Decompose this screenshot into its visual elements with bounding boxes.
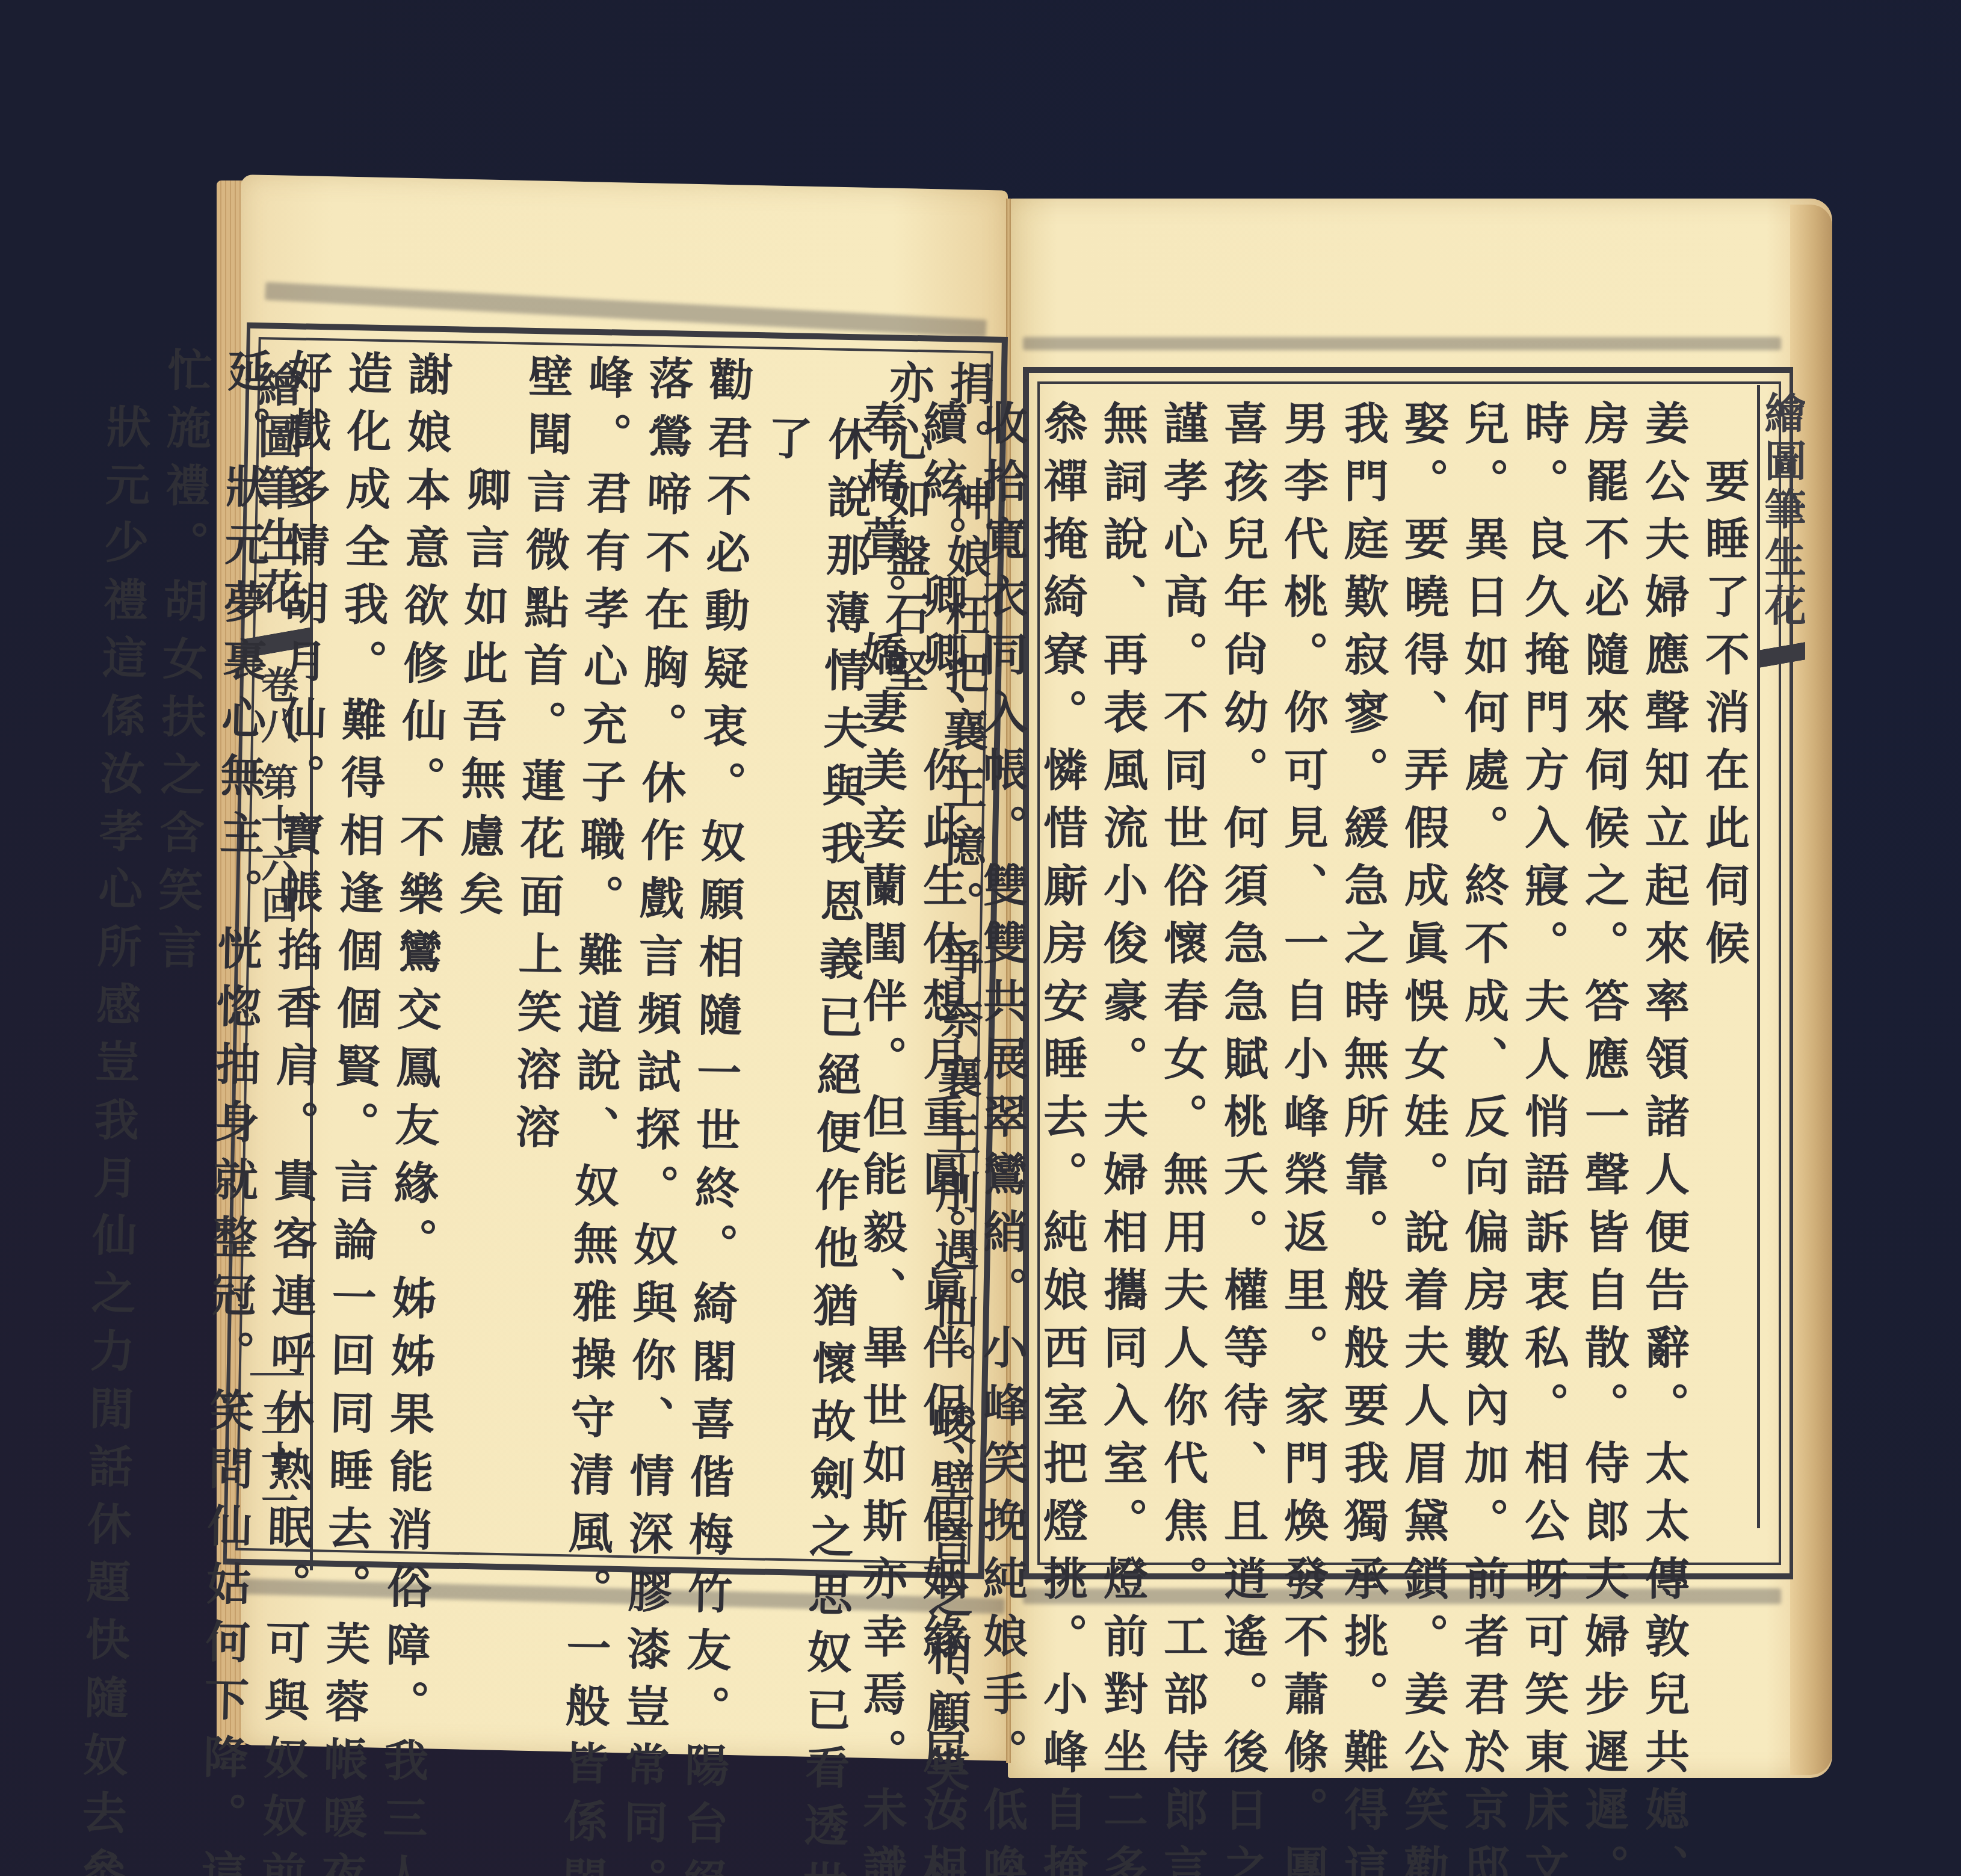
text-column: 無詞說、再表風流小俊豪。夫婦相攜同入室。燈前對坐二多姣。溫存一會方歸寢。謝小姐仍…	[1092, 400, 1152, 1573]
ink-offset-smudge	[1023, 337, 1781, 350]
text-column: 我門庭歎寂寥。緩急之時無所靠。般般要我獨承挑。難得這、移花接木鳳爲凰。又何妨、以…	[1333, 400, 1393, 1573]
text-column: 謹孝心高。不同世俗懷春女。無用夫人你代焦。工部侍郎言訖笑。夫人不便再嘮叨。於時入…	[1152, 400, 1212, 1573]
text-column: 男李代桃。你可見、一自小峰榮返里。家門煥發不蕭條。團圓骨肉欣和順。雖屬喬情亦解嘲…	[1273, 400, 1333, 1573]
text-column: 叅禪掩綺寮。憐惜廝房安睡去。純娘西室把燈挑。小峰自掩香房戶。兩個人、切切私私笑語…	[1032, 400, 1092, 1573]
left-page-text: 捐。神娘枉把襄王憶。爭奈襄王刖遇仙。峻壁言之相顧笑。純娘低唾小英賢。休取笑、慣胡…	[292, 349, 999, 1564]
right-page-text: 要睡了不消在此伺候 姜公夫婦應聲知立起來率領諸人便告辭。太太傳敦兒共媳、幷同燕柳…	[1044, 400, 1754, 1573]
text-column: 兒。異日如何處。終不成、反向偏房數內加。前者君於京邸日。該將消意諭知他。少霞悉此…	[1453, 400, 1513, 1573]
fishtail-mark	[1760, 637, 1805, 673]
text-column: 姜公夫婦應聲知立起來率領諸人便告辭。太太傳敦兒共媳、幷同燕柳各姣姿。各人都去歸	[1634, 400, 1694, 1573]
text-column: 房罷不必隨來伺候之。答應一聲皆自散。侍郎夫婦步遲遲。女鬟秉燭歸房去。閒話燈前坐片	[1573, 400, 1634, 1573]
text-column: 時。良久掩門方入寢。夫人悄語訴衷私。相公呀可笑東床文少霞。在京師、新結又續一如花…	[1513, 400, 1573, 1573]
text-column: 娶。要曉得、弄假成眞悞女娃。說着夫人眉黛鎖。姜公笑勸勿咨嗟。夫人呀、家家有子繼宗…	[1393, 400, 1453, 1573]
text-column: 要睡了不消在此伺候	[1694, 400, 1754, 1573]
right-page-margin-strip: 繪圖筆生花	[1757, 385, 1805, 1528]
right-margin-title: 繪圖筆生花	[1757, 391, 1805, 632]
text-column: 喜孩兒年尙幼。何須急急賦桃夭。權等待、且逍遙。後日之情慢處調。此女性情非比別。端…	[1212, 400, 1273, 1573]
